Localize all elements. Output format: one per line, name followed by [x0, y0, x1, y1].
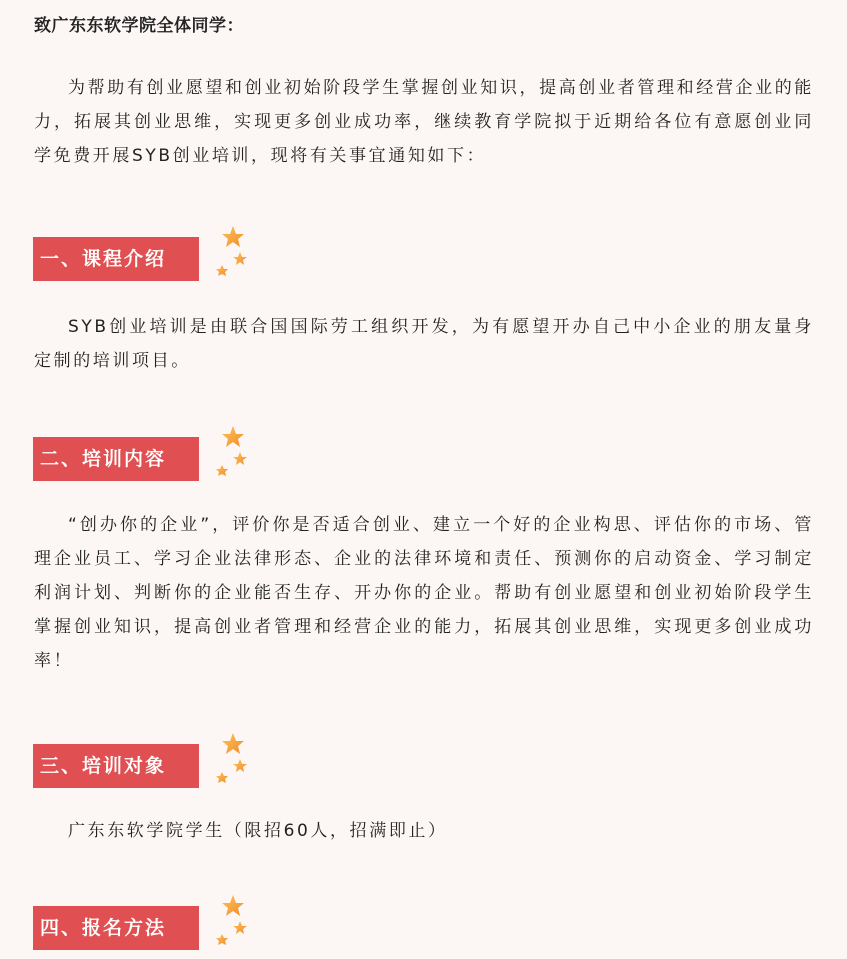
star-cluster-icon [211, 224, 255, 280]
star-cluster-icon [211, 731, 255, 787]
section-body-training-content: “创办你的企业”，评价你是否适合创业、建立一个好的企业构思、评估你的市场、管理企… [34, 508, 814, 678]
section-heading-registration-method: 四、报名方法 [33, 906, 199, 950]
section-heading-training-target: 三、培训对象 [33, 744, 199, 788]
notice-title: 致广东东软学院全体同学： [34, 11, 244, 36]
section-body-course-intro: SYB创业培训是由联合国国际劳工组织开发，为有愿望开办自己中小企业的朋友量身定制… [34, 310, 814, 378]
section-heading-training-content: 二、培训内容 [33, 437, 199, 481]
section-body-training-target: 广东东软学院学生（限招60人，招满即止） [34, 814, 814, 848]
star-cluster-icon [211, 424, 255, 480]
section-heading-course-intro: 一、课程介绍 [33, 237, 199, 281]
star-cluster-icon [211, 893, 255, 949]
intro-paragraph: 为帮助有创业愿望和创业初始阶段学生掌握创业知识，提高创业者管理和经营企业的能力，… [34, 71, 814, 173]
